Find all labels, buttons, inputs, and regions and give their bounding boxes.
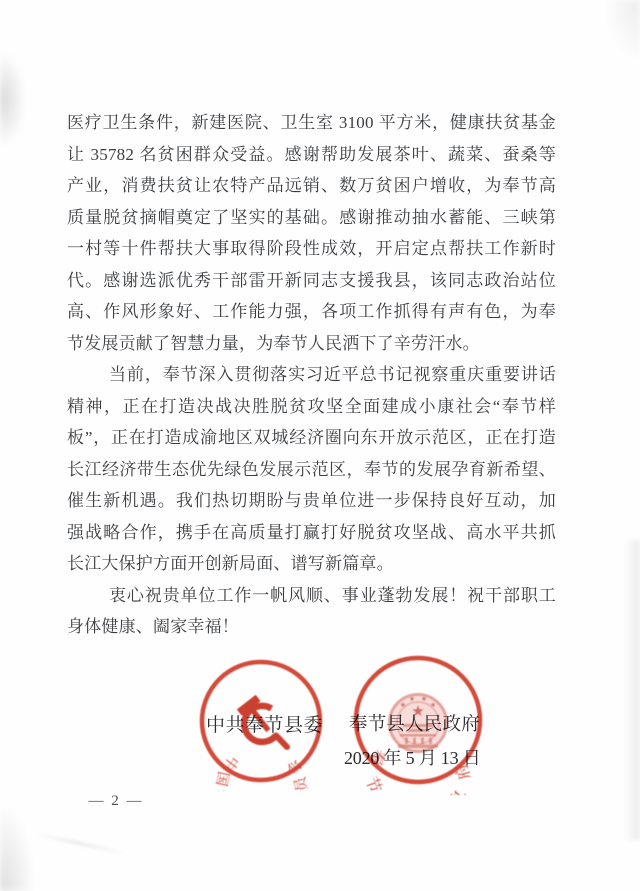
- body-line: 节发展贡献了智慧力量，为奉节人民洒下了辛劳汗水。: [67, 328, 556, 360]
- body-line: 身体健康、阖家幸福！: [67, 611, 556, 643]
- svg-text:★: ★: [421, 695, 427, 703]
- scan-shadow-bottom-left: [0, 808, 34, 891]
- seal-ring-text: 奉节县人民政府: [362, 747, 474, 795]
- body-line: 产业，消费扶贫让农特产品远销、数万贫困户增收，为奉节高: [67, 170, 556, 202]
- government-seal: 奉节县人民政府 ★ ★ ★ ★ ★: [343, 645, 493, 795]
- national-emblem-icon: ★ ★ ★ ★ ★: [388, 693, 448, 753]
- body-line: 代。感谢选派优秀干部雷开新同志支援我县，该同志政治站位: [67, 265, 556, 297]
- body-line: 板”，正在打造成渝地区双城经济圈向东开放示范区，正在打造: [67, 422, 556, 454]
- body-line: 长江大保护方面开创新局面、谱写新篇章。: [67, 548, 556, 580]
- svg-text:★: ★: [411, 702, 424, 720]
- scan-shadow-right-edge: [624, 540, 640, 840]
- body-line: 衷心祝贵单位工作一帆风顺、事业蓬勃发展！祝干部职工: [67, 580, 556, 612]
- svg-text:★: ★: [400, 701, 406, 709]
- scan-shadow-left-edge: [0, 52, 26, 147]
- page-number: — 2 —: [86, 793, 146, 810]
- scanned-letter-page: 医疗卫生条件，新建医院、卫生室 3100 平方米，健康扶贫基金 让 35782 …: [0, 0, 640, 891]
- svg-text:★: ★: [409, 695, 415, 703]
- body-line: 高、作风形象好、工作能力强，各项工作抓得有声有色，为奉: [67, 296, 556, 328]
- party-committee-seal: 中国共产党奉节县委员会: [191, 651, 331, 791]
- body-line: 一村等十件帮扶大事取得阶段性成效，开启定点帮扶工作新时: [67, 233, 556, 265]
- body-line: 长江经济带生态优先绿色发展示范区，奉节的发展孕育新希望、: [67, 454, 556, 486]
- body-line: 当前，奉节深入贯彻落实习近平总书记视察重庆重要讲话: [67, 359, 556, 391]
- scan-streak: [35, 832, 126, 854]
- body-line: 催生新机遇。我们热切期盼与贵单位进一步保持良好互动，加: [67, 485, 556, 517]
- body-line: 让 35782 名贫困群众受益。感谢帮助发展茶叶、蔬菜、蚕桑等: [67, 139, 556, 171]
- body-line: 质量脱贫摘帽奠定了坚实的基础。感谢推动抽水蓄能、三峡第: [67, 202, 556, 234]
- letter-body: 医疗卫生条件，新建医院、卫生室 3100 平方米，健康扶贫基金 让 35782 …: [67, 107, 556, 643]
- body-line: 强战略合作，携手在高质量打赢打好脱贫攻坚战、高水平共抓: [67, 517, 556, 549]
- scan-shadow-top-right: [606, 0, 640, 60]
- body-line: 医疗卫生条件，新建医院、卫生室 3100 平方米，健康扶贫基金: [67, 107, 556, 139]
- seal-ring-text: 中国共产党奉节县委员会: [211, 752, 311, 791]
- body-line: 精神，正在打造决战决胜脱贫攻坚全面建成小康社会“奉节样: [67, 391, 556, 423]
- svg-text:★: ★: [430, 701, 436, 709]
- hammer-sickle-icon: [237, 695, 287, 747]
